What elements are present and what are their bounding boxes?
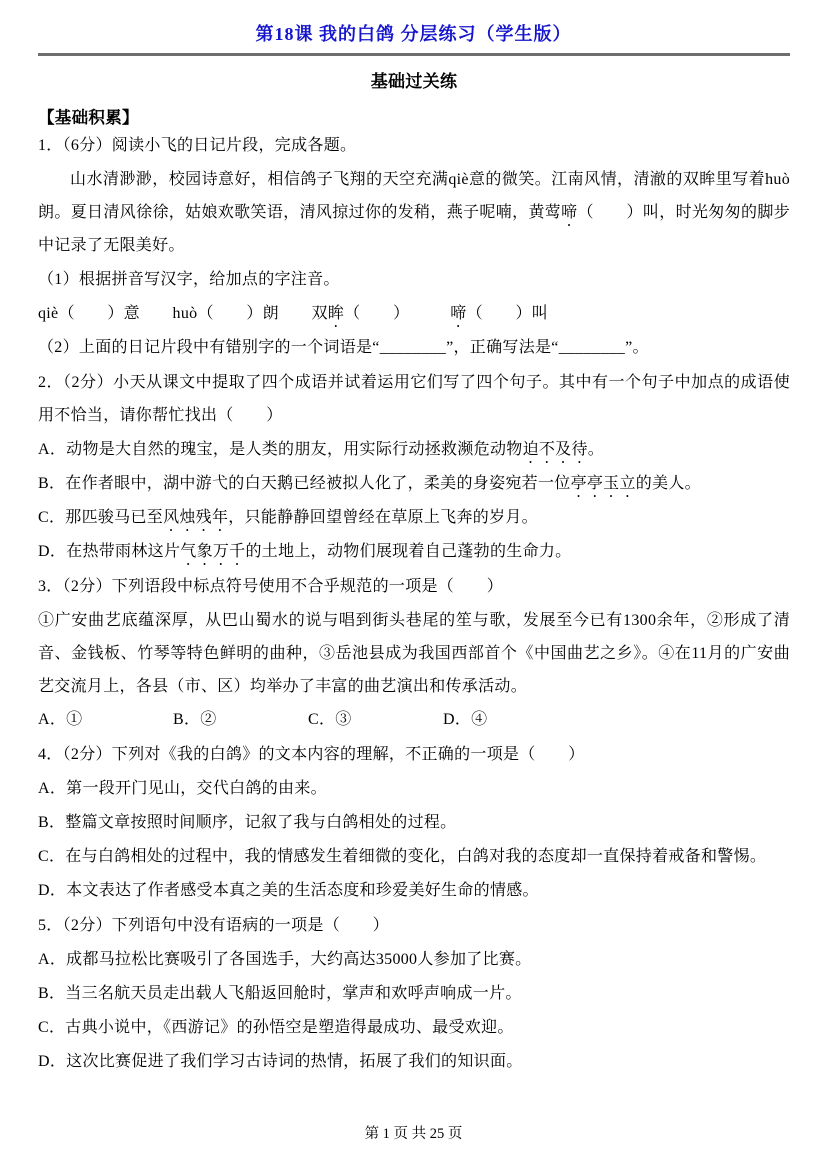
q4-option-d: D．本文表达了作者感受本真之美的生活态度和珍爱美好生命的情感。 [38, 875, 790, 908]
q4-option-a: A．第一段开门见山，交代白鸽的由来。 [38, 773, 790, 806]
q1-pinyin-seg3: （ ）叫 [467, 305, 549, 322]
q2-option-a: A．动物是大自然的瑰宝，是人类的朋友，用实际行动拯救濒危动物迫不及待。 [38, 434, 790, 467]
q3-options-row: A．① B．② C．③ D．④ [38, 704, 790, 737]
question-3: 3．（2分）下列语段中标点符号使用不合乎规范的一项是（ ） ①广安曲艺底蕴深厚，… [38, 571, 790, 738]
q3-option-b: B．② [173, 704, 308, 737]
document-title: 第18课 我的白鸽 分层练习（学生版） [0, 0, 827, 46]
header-rule [38, 53, 790, 56]
q2-option-a-dotted-idiom: 迫不及待 [523, 441, 588, 458]
q1-passage-dotted-char: 啼 [561, 204, 577, 221]
q3-option-d: D．④ [443, 704, 578, 737]
q2-option-b-dotted-idiom: 亭亭玉立 [571, 475, 636, 492]
q1-pinyin-dotted-char-1: 眸 [328, 305, 344, 322]
q3-option-c: C．③ [308, 704, 443, 737]
question-1: 1．（6分）阅读小飞的日记片段，完成各题。 山水清渺渺，校园诗意好，相信鸽子飞翔… [38, 130, 790, 365]
q1-subquestion-2: （2）上面的日记片段中有错别字的一个词语是“________”，正确写法是“__… [38, 332, 790, 365]
q2-option-a-pre: A．动物是大自然的瑰宝，是人类的朋友，用实际行动拯救濒危动物 [38, 441, 523, 458]
q1-pinyin-dotted-char-2: 啼 [450, 305, 466, 322]
q2-stem: 2．（2分）小天从课文中提取了四个成语并试着运用它们写了四个句子。其中有一个句子… [38, 367, 790, 433]
q1-subquestion-1: （1）根据拼音写汉字，给加点的字注音。 [38, 264, 790, 297]
q5-option-c: C．古典小说中，《西游记》的孙悟空是塑造得最成功、最受欢迎。 [38, 1012, 790, 1045]
q5-option-b: B．当三名航天员走出载人飞船返回舱时，掌声和欢呼声响成一片。 [38, 978, 790, 1011]
q2-option-a-post: 。 [588, 441, 604, 458]
q2-option-c-dotted-idiom: 风烛残年 [163, 509, 228, 526]
page-number: 第 1 页 共 25 页 [0, 1122, 827, 1143]
q2-option-c-post: ，只能静静回望曾经在草原上飞奔的岁月。 [228, 509, 538, 526]
q5-stem: 5．（2分）下列语句中没有语病的一项是（ ） [38, 910, 790, 943]
question-5: 5．（2分）下列语句中没有语病的一项是（ ） A．成都马拉松比赛吸引了各国选手，… [38, 910, 790, 1079]
q3-passage: ①广安曲艺底蕴深厚，从巴山蜀水的说与唱到街头巷尾的笙与歌，发展至今已有1300余… [38, 605, 790, 704]
q2-option-d-dotted-idiom: 气象万千 [180, 543, 245, 560]
question-2: 2．（2分）小天从课文中提取了四个成语并试着运用它们写了四个句子。其中有一个句子… [38, 367, 790, 569]
q5-option-a: A．成都马拉松比赛吸引了各国选手，大约高达35000人参加了比赛。 [38, 944, 790, 977]
q2-option-d: D．在热带雨林这片气象万千的土地上，动物们展现着自己蓬勃的生命力。 [38, 536, 790, 569]
q2-option-c: C．那匹骏马已至风烛残年，只能静静回望曾经在草原上飞奔的岁月。 [38, 502, 790, 535]
q2-option-d-pre: D．在热带雨林这片 [38, 543, 180, 560]
question-4: 4．（2分）下列对《我的白鸽》的文本内容的理解，不正确的一项是（ ） A．第一段… [38, 739, 790, 908]
document-body: 基础过关练 【基础积累】 1．（6分）阅读小飞的日记片段，完成各题。 山水清渺渺… [0, 67, 827, 1079]
section-banner: 基础过关练 [38, 67, 790, 92]
q1-pinyin-seg1: qiè（ ）意 huò（ ）朗 双 [38, 305, 328, 322]
q2-option-b-pre: B．在作者眼中，湖中游弋的白天鹅已经被拟人化了，柔美的身姿宛若一位 [38, 475, 571, 492]
q3-stem: 3．（2分）下列语段中标点符号使用不合乎规范的一项是（ ） [38, 571, 790, 604]
q4-option-c: C．在与白鸽相处的过程中，我的情感发生着细微的变化，白鸽对我的态度却一直保持着戒… [38, 841, 790, 874]
q1-stem: 1．（6分）阅读小飞的日记片段，完成各题。 [38, 130, 790, 163]
q3-option-a: A．① [38, 704, 173, 737]
subsection-heading: 【基础积累】 [38, 104, 790, 128]
worksheet-page: 第18课 我的白鸽 分层练习（学生版） 基础过关练 【基础积累】 1．（6分）阅… [0, 0, 827, 1169]
q2-option-d-post: 的土地上，动物们展现着自己蓬勃的生命力。 [245, 543, 571, 560]
q5-option-d: D．这次比赛促进了我们学习古诗词的热情，拓展了我们的知识面。 [38, 1046, 790, 1079]
q1-pinyin-seg2: （ ） [344, 305, 450, 322]
q2-option-b: B．在作者眼中，湖中游弋的白天鹅已经被拟人化了，柔美的身姿宛若一位亭亭玉立的美人… [38, 468, 790, 501]
q1-passage: 山水清渺渺，校园诗意好，相信鸽子飞翔的天空充满qiè意的微笑。江南风情，清澈的双… [38, 164, 790, 263]
q2-option-b-post: 的美人。 [636, 475, 701, 492]
q2-option-c-pre: C．那匹骏马已至 [38, 509, 163, 526]
q4-option-b: B．整篇文章按照时间顺序，记叙了我与白鸽相处的过程。 [38, 807, 790, 840]
q1-pinyin-line: qiè（ ）意 huò（ ）朗 双眸（ ） 啼（ ）叫 [38, 298, 790, 331]
q4-stem: 4．（2分）下列对《我的白鸽》的文本内容的理解，不正确的一项是（ ） [38, 739, 790, 772]
document-header: 第18课 我的白鸽 分层练习（学生版） [0, 0, 827, 56]
